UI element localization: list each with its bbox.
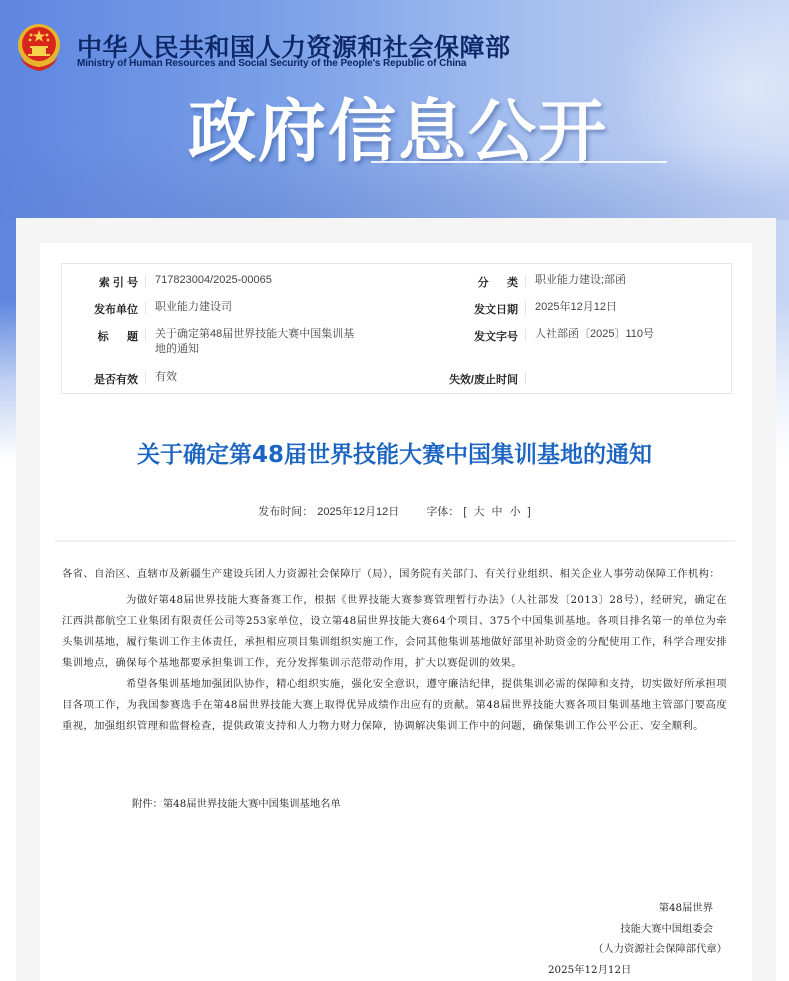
meta-separator (145, 329, 146, 341)
metadata-table: 索 引 号 717823004/2025-00065 发布单位 职业能力建设司 … (61, 263, 732, 394)
meta-value-category: 职业能力建设;部函 (535, 273, 626, 288)
meta-value-valid: 有效 (155, 370, 177, 385)
meta-separator (525, 302, 526, 314)
font-bracket-close: ] (528, 506, 531, 518)
banner-underline (371, 161, 667, 163)
publish-info: 发布时间：2025年12月12日 字体：[ 大 中 小 ] (0, 503, 789, 519)
meta-separator (525, 275, 526, 287)
title-divider (55, 540, 735, 542)
meta-label-issue-date: 发文日期 (432, 301, 518, 317)
meta-label-expiry: 失效/废止时间 (402, 371, 518, 387)
attachment-link[interactable]: 附件：第48届世界技能大赛中国集训基地名单 (132, 795, 341, 810)
meta-label-doc-number: 发文字号 (432, 328, 518, 344)
meta-label-index: 索 引 号 (90, 274, 138, 290)
signature-line-1: 第48届世界 (659, 899, 713, 914)
paragraph-2: 希望各集训基地加强团队协作，精心组织实施，强化安全意识，遵守廉洁纪律，提供集训必… (62, 674, 727, 737)
signature-line-3: （人力资源社会保障部代章） (593, 940, 727, 955)
signature-date: 2025年12月12日 (548, 961, 631, 976)
meta-value-title-line1: 关于确定第48届世界技能大赛中国集训基 (155, 327, 354, 342)
font-small-button[interactable]: 小 (510, 506, 521, 518)
font-medium-button[interactable]: 中 (492, 506, 503, 518)
meta-value-issue-date: 2025年12月12日 (535, 300, 617, 315)
meta-value-publisher: 职业能力建设司 (155, 300, 232, 315)
meta-value-doc-number: 人社部函〔2025〕110号 (535, 327, 654, 342)
site-header: 中华人民共和国人力资源和社会保障部 Ministry of Human Reso… (0, 0, 789, 218)
article-body: 各省、自治区、直辖市及新疆生产建设兵团人力资源社会保障厅（局），国务院有关部门、… (62, 564, 727, 737)
publish-label: 发布时间： (258, 506, 313, 518)
meta-separator (525, 372, 526, 384)
article-title: 关于确定第48届世界技能大赛中国集训基地的通知 (0, 436, 789, 469)
signature-line-2: 技能大赛中国组委会 (620, 920, 713, 935)
meta-separator (145, 302, 146, 314)
meta-separator (145, 372, 146, 384)
meta-label-publisher: 发布单位 (90, 301, 138, 317)
meta-label-title: 标 题 (90, 328, 138, 344)
national-emblem-icon[interactable] (16, 21, 62, 73)
meta-value-title: 关于确定第48届世界技能大赛中国集训基 地的通知 (155, 327, 354, 357)
font-large-button[interactable]: 大 (473, 506, 484, 518)
meta-value-title-line2: 地的通知 (155, 342, 354, 357)
font-size-label: 字体： (426, 506, 459, 518)
paragraph-1: 为做好第48届世界技能大赛备赛工作，根据《世界技能大赛参赛管理暂行办法》（人社部… (62, 590, 727, 674)
meta-label-category: 分 类 (432, 274, 518, 290)
ministry-name-en[interactable]: Ministry of Human Resources and Social S… (77, 58, 466, 69)
meta-label-valid: 是否有效 (90, 371, 138, 387)
meta-value-index: 717823004/2025-00065 (155, 273, 272, 288)
meta-separator (145, 275, 146, 287)
meta-separator (525, 329, 526, 341)
font-bracket-open: [ (463, 506, 466, 518)
salutation: 各省、自治区、直辖市及新疆生产建设兵团人力资源社会保障厅（局），国务院有关部门、… (62, 564, 727, 585)
publish-date: 2025年12月12日 (317, 506, 399, 518)
